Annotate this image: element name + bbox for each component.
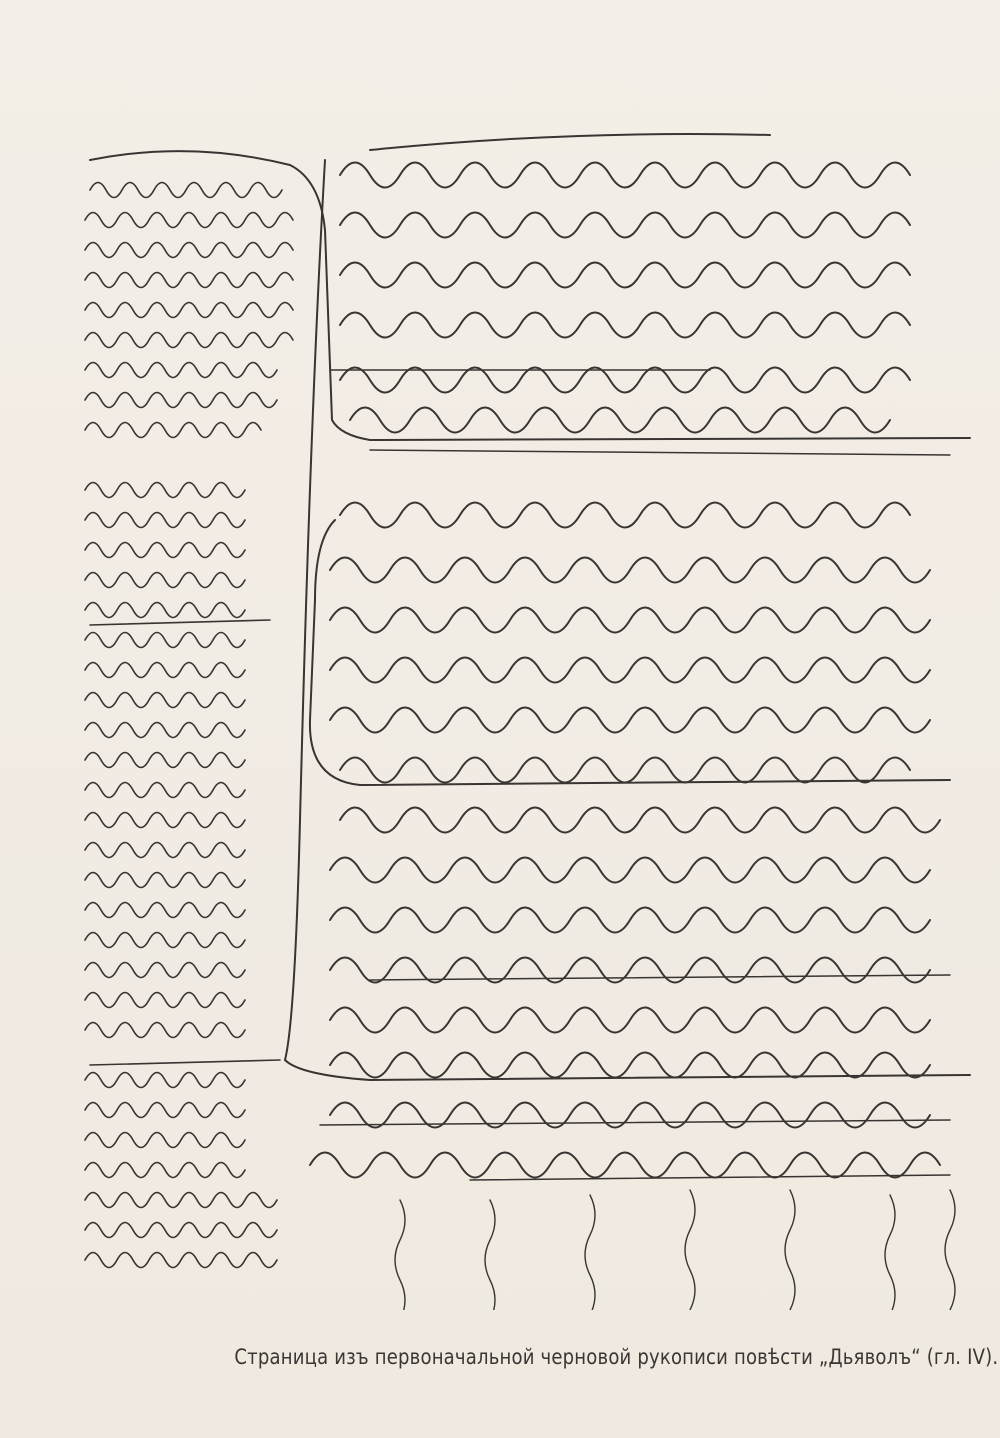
page: Страница изъ первоначальной черновой рук…: [0, 0, 1000, 1438]
manuscript-image: [70, 120, 990, 1310]
handwriting-scribbles: [70, 120, 990, 1310]
caption: Страница изъ первоначальной черновой рук…: [140, 1345, 1000, 1369]
